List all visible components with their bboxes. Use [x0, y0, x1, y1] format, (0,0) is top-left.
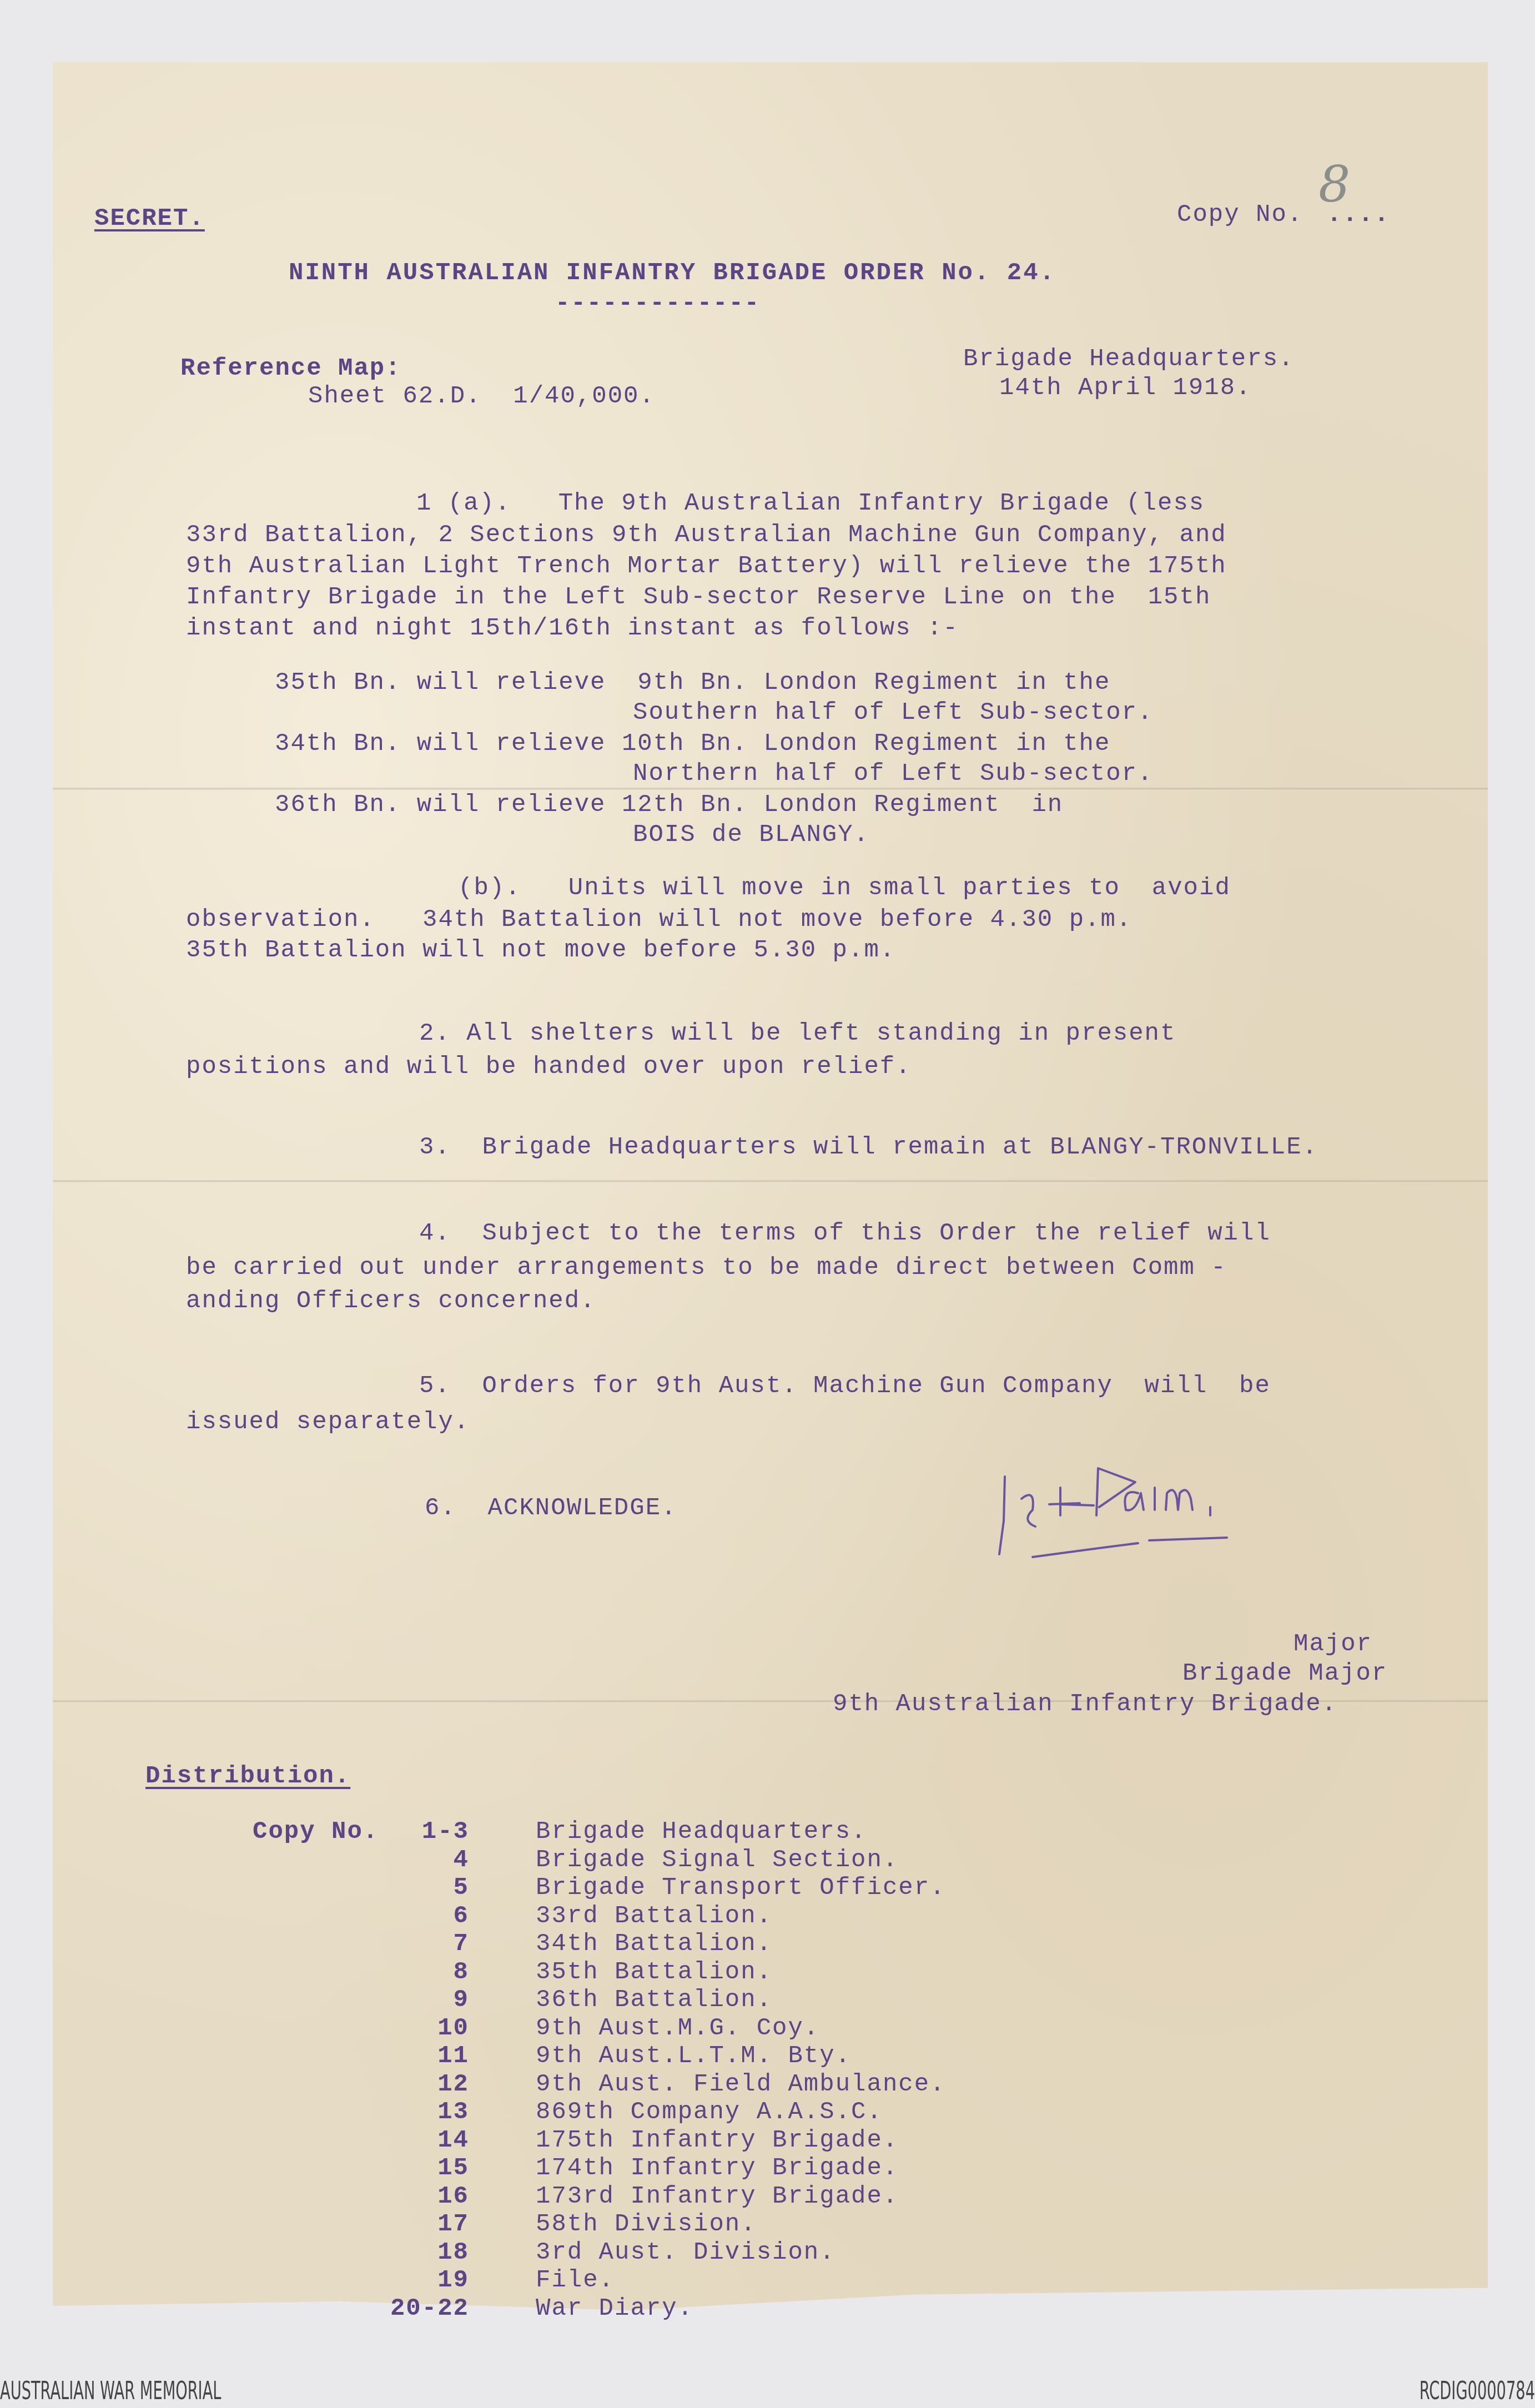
distribution-recipient: 33rd Battalion. — [536, 1904, 772, 1928]
para-2-line: positions and will be handed over upon r… — [186, 1055, 912, 1079]
signatory-rank: Major — [1294, 1632, 1372, 1656]
para-6-acknowledge: 6. ACKNOWLEDGE. — [425, 1496, 677, 1520]
copy-number-handwritten: 8 — [1318, 155, 1350, 214]
distribution-recipient: 174th Infantry Brigade. — [536, 2156, 898, 2180]
distribution-recipient: File. — [536, 2268, 615, 2293]
distribution-recipient: 35th Battalion. — [536, 1960, 772, 1984]
distribution-copy-number: 5 — [358, 1876, 469, 1900]
distribution-copy-number: 12 — [358, 2072, 469, 2097]
distribution-copy-number: 8 — [358, 1960, 469, 1984]
origin-headquarters: Brigade Headquarters. — [963, 347, 1295, 371]
para-1a-line: 1 (a). The 9th Australian Infantry Briga… — [416, 491, 1205, 516]
para-1a-line: 9th Australian Light Trench Mortar Batte… — [186, 554, 1227, 578]
distribution-copy-number: 16 — [358, 2184, 469, 2209]
relief-34th-line2: Northern half of Left Sub-sector. — [633, 762, 1153, 786]
title-rule: ------------- — [555, 291, 760, 316]
para-1a-line: Infantry Brigade in the Left Sub-sector … — [186, 585, 1211, 609]
distribution-copy-number: 17 — [358, 2212, 469, 2236]
distribution-recipient: War Diary. — [536, 2296, 693, 2321]
signatory-appointment: Brigade Major — [1182, 1661, 1387, 1686]
distribution-copy-number: 15 — [358, 2156, 469, 2180]
distribution-recipient: 36th Battalion. — [536, 1988, 772, 2012]
para-4-line: 4. Subject to the terms of this Order th… — [419, 1221, 1271, 1246]
distribution-copy-number: 9 — [358, 1988, 469, 2012]
order-date: 14th April 1918. — [999, 376, 1251, 400]
distribution-heading: Distribution. — [145, 1764, 350, 1789]
distribution-recipient: Brigade Transport Officer. — [536, 1876, 946, 1900]
para-1a-line: instant and night 15th/16th instant as f… — [186, 616, 959, 641]
distribution-copy-number: 7 — [358, 1932, 469, 1956]
handwritten-signature — [983, 1454, 1382, 1576]
copy-number-label: Copy No. — [1177, 203, 1303, 227]
distribution-copy-number: 11 — [358, 2044, 469, 2068]
para-2-line: 2. All shelters will be left standing in… — [419, 1021, 1176, 1046]
para-1b-line: 35th Battalion will not move before 5.30… — [186, 938, 895, 963]
para-1b-line: (b). Units will move in small parties to… — [458, 876, 1231, 900]
relief-35th-line2: Southern half of Left Sub-sector. — [633, 701, 1153, 725]
distribution-recipient: Brigade Signal Section. — [536, 1848, 898, 1872]
distribution-copy-number: 20-22 — [358, 2296, 469, 2321]
para-5-line: issued separately. — [186, 1410, 470, 1434]
distribution-copy-number: 6 — [358, 1904, 469, 1928]
footer-identifier: RCDIG0000784 — [1420, 2377, 1535, 2405]
distribution-recipient: Brigade Headquarters. — [536, 1820, 867, 1844]
para-4-line: anding Officers concerned. — [186, 1289, 596, 1313]
distribution-recipient: 173rd Infantry Brigade. — [536, 2184, 898, 2209]
classification-secret: SECRET. — [94, 206, 205, 231]
distribution-copy-number: 4 — [358, 1848, 469, 1872]
distribution-copy-number: 19 — [358, 2268, 469, 2293]
distribution-copy-number: 14 — [358, 2128, 469, 2153]
para-1b-line: observation. 34th Battalion will not mov… — [186, 908, 1132, 932]
para-4-line: be carried out under arrangements to be … — [186, 1256, 1227, 1280]
order-title: NINTH AUSTRALIAN INFANTRY BRIGADE ORDER … — [289, 261, 1056, 285]
signatory-unit: 9th Australian Infantry Brigade. — [833, 1692, 1337, 1716]
distribution-recipient: 58th Division. — [536, 2212, 757, 2236]
distribution-recipient: 175th Infantry Brigade. — [536, 2128, 898, 2153]
relief-34th-line1: 34th Bn. will relieve 10th Bn. London Re… — [275, 732, 1110, 756]
relief-36th-line2: BOIS de BLANGY. — [633, 823, 869, 847]
reference-map-sheet: Sheet 62.D. 1/40,000. — [308, 384, 655, 409]
relief-35th-line1: 35th Bn. will relieve 9th Bn. London Reg… — [275, 671, 1110, 695]
para-5-line: 5. Orders for 9th Aust. Machine Gun Comp… — [419, 1374, 1271, 1398]
relief-36th-line1: 36th Bn. will relieve 12th Bn. London Re… — [275, 793, 1063, 817]
distribution-recipient: 869th Company A.A.S.C. — [536, 2100, 883, 2124]
para-1a-line: 33rd Battalion, 2 Sections 9th Australia… — [186, 523, 1227, 547]
footer-institution: AUSTRALIAN WAR MEMORIAL — [0, 2377, 222, 2405]
distribution-copy-number: 10 — [358, 2016, 469, 2041]
distribution-copy-number: 18 — [358, 2240, 469, 2265]
distribution-recipient: 34th Battalion. — [536, 1932, 772, 1956]
reference-map-label: Reference Map: — [180, 356, 401, 381]
distribution-recipient: 9th Aust.M.G. Coy. — [536, 2016, 819, 2041]
distribution-recipient: 9th Aust.L.T.M. Bty. — [536, 2044, 851, 2068]
distribution-recipient: 9th Aust. Field Ambulance. — [536, 2072, 946, 2097]
distribution-copy-number: 13 — [358, 2100, 469, 2124]
distribution-copy-number: 1-3 — [358, 1820, 469, 1844]
fold-crease — [53, 1180, 1488, 1183]
distribution-recipient: 3rd Aust. Division. — [536, 2240, 836, 2265]
para-3-line: 3. Brigade Headquarters will remain at B… — [419, 1135, 1318, 1160]
